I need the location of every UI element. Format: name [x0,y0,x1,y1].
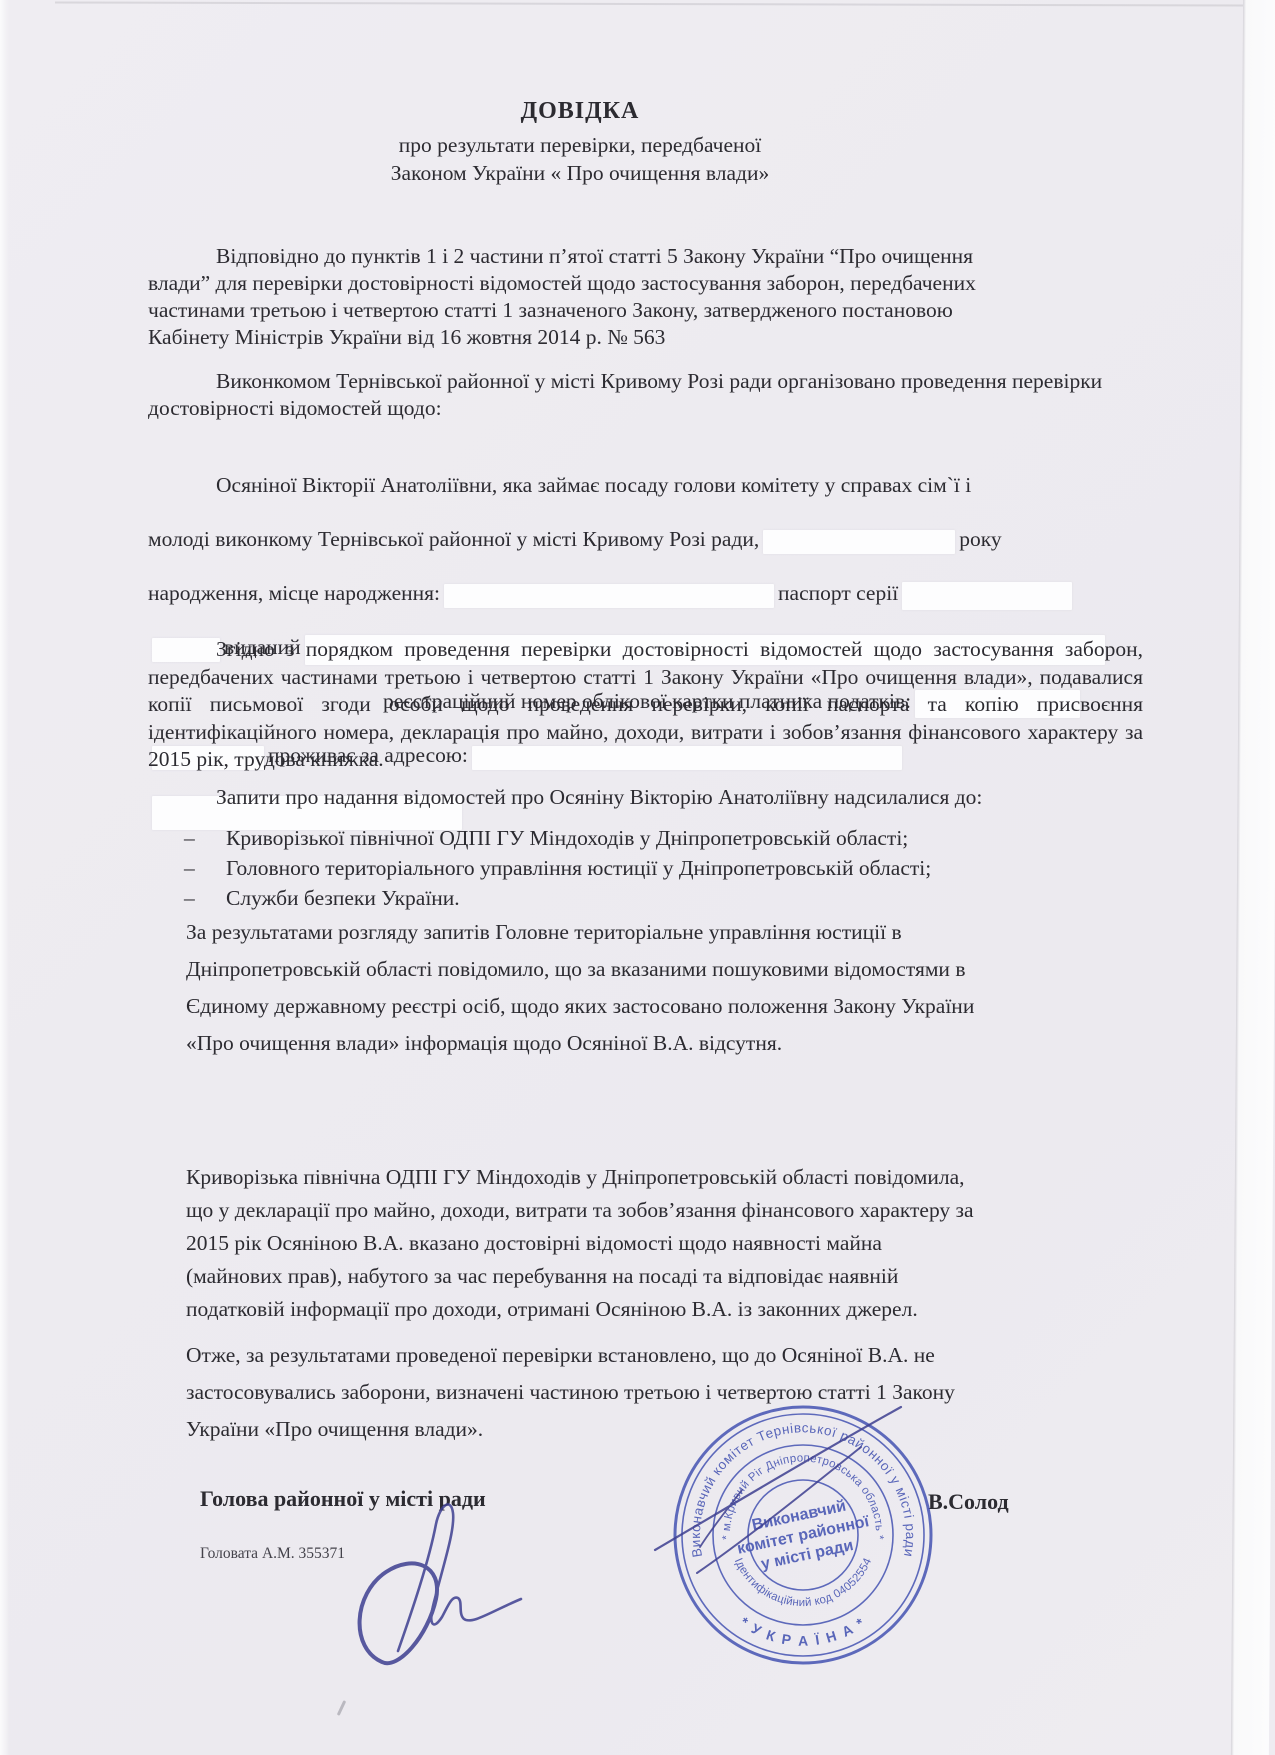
subject-line-3: народження, місце народження:паспорт сер… [148,580,1143,607]
subject-passport-label: паспорт серії [778,581,898,605]
redaction-box [902,582,1072,610]
paragraph-tax-result: Криворізька північна ОДПІ ГУ Міндоходів … [186,1161,1161,1326]
subject-line-1: Осяніної Вікторії Анатоліївни, яка займа… [148,472,1143,499]
page-right-edge [1231,0,1275,1755]
list-item-text: Головного територіального управління юст… [226,856,931,886]
redaction-box [763,530,955,554]
signature-svg [325,1385,935,1715]
list-item: –Служби безпеки України. [148,886,1143,916]
document-subtitle-line2: Законом України « Про очищення влади» [70,161,1090,186]
paragraph-legal-basis: Відповідно до пунктів 1 і 2 частини п’ят… [148,243,1143,351]
dash-marker: – [148,826,226,856]
paragraph-procedure: Згідно з порядком проведення перевірки д… [148,636,1143,774]
document-title: ДОВІДКА [70,98,1090,125]
dash-marker: – [148,886,226,916]
subject-birthplace-label: народження, місце народження: [148,581,440,605]
page-top-edge [55,1,1243,6]
subject-line-2: молоді виконкому Тернівської районної у … [148,526,1143,553]
paragraph-requests-intro: Запити про надання відомостей про Осянін… [148,784,1143,811]
document-subtitle-line1: про результати перевірки, передбаченої [70,133,1090,158]
scanned-page: ДОВІДКА про результати перевірки, передб… [0,0,1275,1755]
request-recipients-list: –Криворізької північної ОДПІ ГУ Міндоход… [148,826,1143,916]
redaction-box [444,584,774,608]
list-item-text: Криворізької північної ОДПІ ГУ Міндоході… [226,826,908,856]
executor-reference: Головата А.М. 355371 [200,1545,345,1563]
dash-marker: – [148,856,226,886]
subject-year-word: року [959,527,1001,551]
subject-name-position: Осяніної Вікторії Анатоліївни, яка займа… [216,473,971,497]
list-item: –Головного територіального управління юс… [148,856,1143,886]
list-item-text: Служби безпеки України. [226,886,460,916]
paragraph-justice-result: За результатами розгляду запитів Головне… [186,914,1151,1062]
paragraph-organizer: Виконкомом Тернівської районної у місті … [148,368,1143,422]
handwritten-signature [325,1385,935,1715]
subject-council-text: молоді виконкому Тернівської районної у … [148,527,759,551]
list-item: –Криворізької північної ОДПІ ГУ Міндоход… [148,826,1143,856]
page-left-edge [0,0,9,1755]
